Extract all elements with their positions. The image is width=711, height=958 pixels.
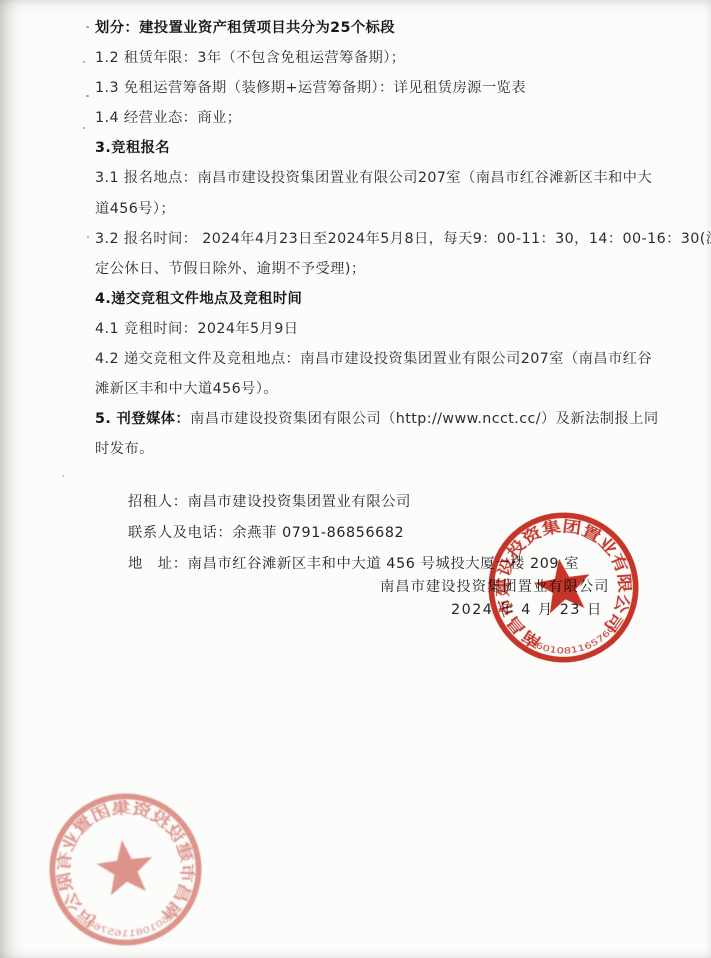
scan-noise <box>86 95 89 97</box>
doc-text: 滩新区丰和中大道456号）。 <box>95 381 278 397</box>
company-seal-icon: 南昌市建设投资集团置业有限公司3601081165760 <box>474 498 654 678</box>
doc-text: 3.2 报名时间： 2024年4月23日至2024年5月8日，每天9：00-11… <box>95 231 711 247</box>
doc-text: 道456号）； <box>95 201 175 217</box>
doc-text-bold: 5. 刊登媒体： <box>95 411 190 427</box>
scan-noise <box>83 61 85 63</box>
star-icon <box>94 837 156 897</box>
doc-line: 3.1 报名地点：南昌市建设投资集团置业有限公司207室（南昌市红谷滩新区丰和中… <box>95 163 640 193</box>
lessor-line: 招租人：南昌市建设投资集团置业有限公司 <box>128 492 411 512</box>
doc-text: 南昌市建设投资集团有限公司（http://www.ncct.cc/）及新法制报上… <box>190 411 659 427</box>
scanned-document-page: 划分：建投置业资产租赁项目共分为25个标段1.2 租赁年限：3年（不包含免租运营… <box>0 0 711 958</box>
official-company-seal: 南昌市建设投资集团置业有限公司3601081165760 <box>474 498 654 678</box>
doc-text: 4.2 递交竞租文件及竞租地点：南昌市建设投资集团置业有限公司207室（南昌市红… <box>95 351 652 367</box>
doc-text: 4.1 竞租时间：2024年5月9日 <box>95 321 298 337</box>
doc-line: 1.4 经营业态：商业； <box>95 103 640 133</box>
doc-line: 4.1 竞租时间：2024年5月9日 <box>95 314 640 344</box>
doc-text-bold: 划分：建投置业资产租赁项目共分为25个标段 <box>95 20 395 36</box>
scan-noise <box>86 26 89 28</box>
doc-line: 3.竞租报名 <box>95 133 640 163</box>
doc-line: 4.递交竞租文件地点及竞租时间 <box>95 284 640 314</box>
doc-line: 滩新区丰和中大道456号）。 <box>95 374 640 404</box>
doc-line: 5. 刊登媒体：南昌市建设投资集团有限公司（http://www.ncct.cc… <box>95 404 640 434</box>
contact-line: 联系人及电话：余燕菲 0791-86856682 <box>128 523 404 543</box>
doc-line: 道456号）； <box>95 194 640 224</box>
star-icon <box>532 554 595 615</box>
doc-text-bold: 4.递交竞租文件地点及竞租时间 <box>95 291 302 307</box>
scan-noise <box>62 475 64 477</box>
scan-noise <box>87 236 89 238</box>
scan-noise <box>83 127 85 129</box>
document-body-text: 划分：建投置业资产租赁项目共分为25个标段1.2 租赁年限：3年（不包含免租运营… <box>95 13 640 464</box>
doc-line: 划分：建投置业资产租赁项目共分为25个标段 <box>95 13 640 43</box>
doc-line: 3.2 报名时间： 2024年4月23日至2024年5月8日，每天9：00-11… <box>95 224 640 254</box>
doc-line: 定公休日、节假日除外、逾期不予受理)； <box>95 254 640 284</box>
bleed-through-seal: 南昌市建设投资集团置业有限公司3601081165760 <box>37 781 214 958</box>
company-seal-icon: 南昌市建设投资集团置业有限公司3601081165760 <box>37 781 214 958</box>
doc-text: 1.4 经营业态：商业； <box>95 110 241 126</box>
doc-text: 1.2 租赁年限：3年（不包含免租运营筹备期）； <box>95 50 405 66</box>
doc-line: 时发布。 <box>95 434 640 464</box>
doc-text-bold: 3.竞租报名 <box>95 140 170 156</box>
doc-line: 1.2 租赁年限：3年（不包含免租运营筹备期）； <box>95 43 640 73</box>
doc-line: 4.2 递交竞租文件及竞租地点：南昌市建设投资集团置业有限公司207室（南昌市红… <box>95 344 640 374</box>
doc-text: 1.3 免租运营筹备期（装修期+运营筹备期）：详见租赁房源一览表 <box>95 80 526 96</box>
doc-text: 定公休日、节假日除外、逾期不予受理)； <box>95 261 366 277</box>
doc-text: 时发布。 <box>95 441 154 457</box>
doc-line: 1.3 免租运营筹备期（装修期+运营筹备期）：详见租赁房源一览表 <box>95 73 640 103</box>
doc-text: 3.1 报名地点：南昌市建设投资集团置业有限公司207室（南昌市红谷滩新区丰和中… <box>95 170 652 186</box>
